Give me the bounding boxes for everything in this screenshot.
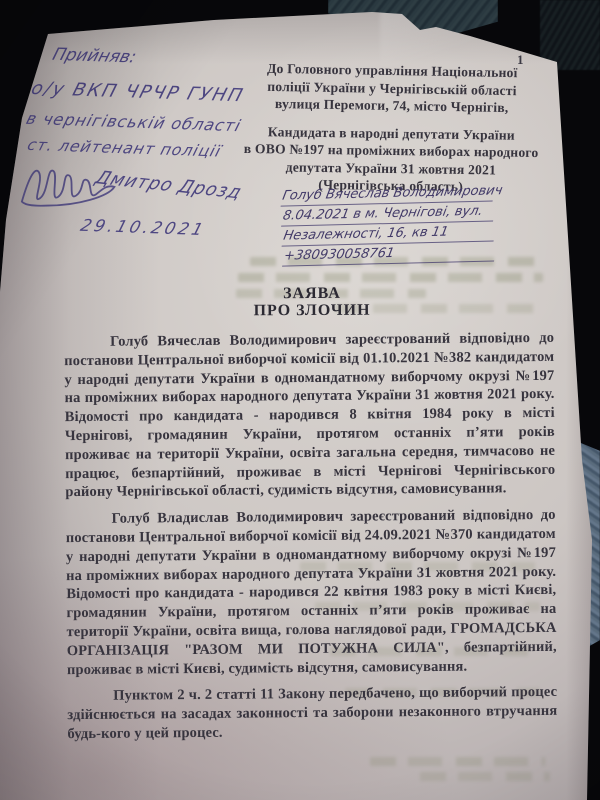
- bleedthrough-text: [420, 772, 550, 781]
- signature-row: Дмитро Дрозд: [20, 158, 272, 219]
- denim-fabric-top-right: [540, 0, 600, 70]
- note-unit: о/у ВКП ЧРЧР ГУНП: [29, 78, 277, 107]
- photo-of-document: 1 До Головного управління Національної п…: [0, 0, 600, 800]
- recipient-address: До Головного управління Національної пол…: [246, 59, 539, 117]
- note-date: 29.10.2021: [78, 216, 271, 241]
- bleedthrough-text: [238, 273, 543, 282]
- note-received-label: Прийняв:: [50, 45, 278, 73]
- recipient-line: вулиця Перемоги, 74, місто Чернігів,: [246, 95, 538, 118]
- document-body: Голуб Вячеслав Володимирович зареєстрова…: [64, 329, 558, 752]
- document-paper: 1 До Головного управління Національної п…: [0, 0, 600, 800]
- paragraph-1: Голуб Вячеслав Володимирович зареєстрова…: [64, 329, 555, 502]
- document-title: ЗАЯВА ПРО ЗЛОЧИН: [64, 284, 560, 321]
- document-title-line2: ПРО ЗЛОЧИН: [64, 301, 560, 321]
- received-stamp-note: Прийняв: о/у ВКП ЧРЧР ГУНП в чернігівськ…: [19, 44, 275, 242]
- applicant-phone: +380930058761: [282, 243, 497, 266]
- paragraph-2: Голуб Владислав Володимирович зареєстров…: [66, 506, 557, 679]
- handwritten-applicant-details: Голуб Вячеслав Володимирович 8.04.2021 в…: [282, 183, 496, 268]
- note-region: в чернігівській області: [24, 109, 275, 136]
- paragraph-3: Пунктом 2 ч. 2 статті 11 Закону передбач…: [67, 683, 557, 744]
- bleedthrough-text: [370, 757, 545, 766]
- applicant-name: Голуб Вячеслав Володимирович: [281, 183, 496, 206]
